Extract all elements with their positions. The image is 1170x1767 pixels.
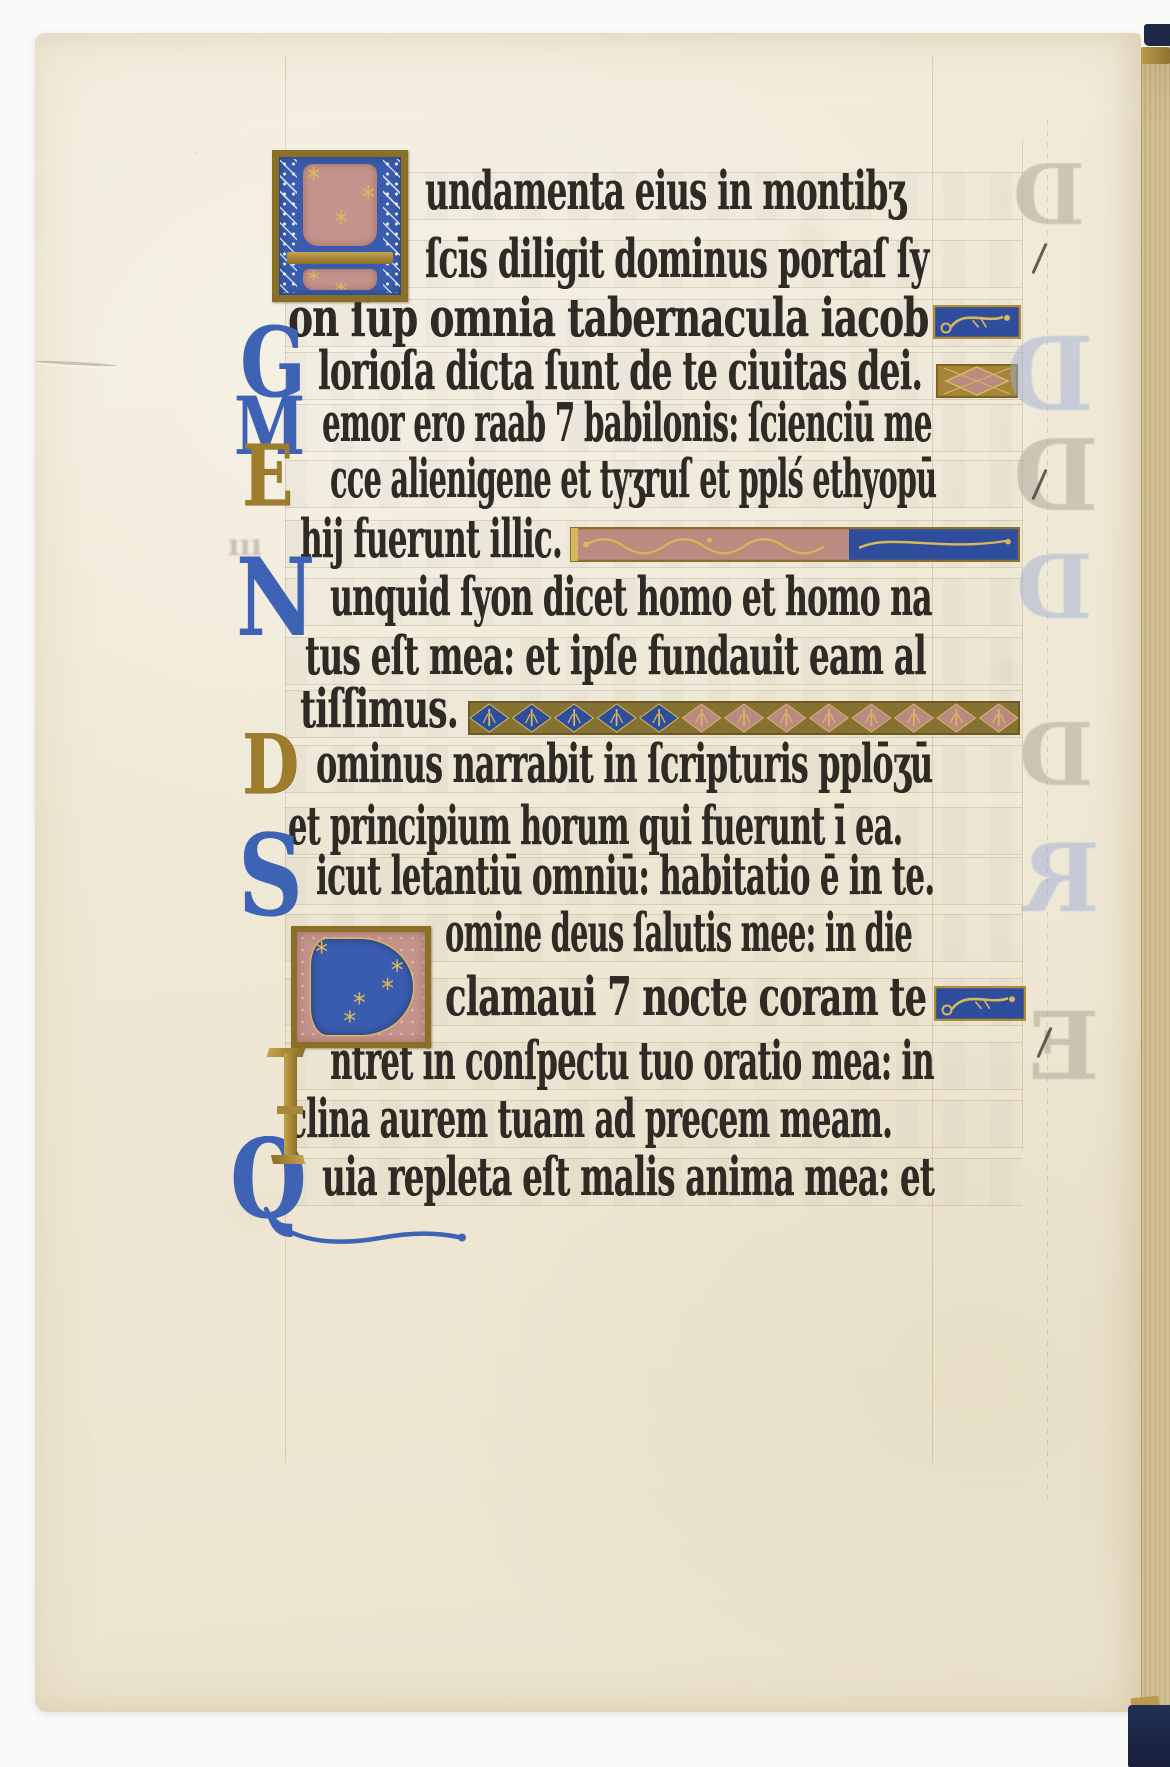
psalm-text-line: emor ero raab 7 babilonis: ſcienciū me bbox=[322, 396, 932, 449]
psalm-text-line: clamaui 7 nocte coram te bbox=[445, 970, 926, 1023]
psalm-text-line: tus eſt mea: et ipſe fundauit eam al bbox=[305, 629, 926, 682]
gold-initial-i bbox=[268, 1048, 314, 1164]
binding-cover-corner-top bbox=[1144, 24, 1170, 46]
ghost-letter-d: D bbox=[1019, 713, 1093, 799]
psalm-text-line: lorioſa dicta ſunt de te ciuitas dei. bbox=[318, 344, 922, 397]
psalm-text-line: icut letantiū omniū: habitatio ē in te. bbox=[316, 849, 934, 902]
binding-cover-corner-bottom bbox=[1128, 1705, 1170, 1767]
ghost-letter-d: D bbox=[1006, 324, 1094, 425]
initial-f-rose-panel bbox=[303, 269, 377, 290]
ghost-letter-r: R bbox=[1022, 833, 1100, 927]
psalm-text-line: omine deus ſalutis mee: in die bbox=[445, 906, 912, 959]
ghost-letter-e: E bbox=[1028, 1001, 1099, 1095]
ghost-letter-d: D bbox=[1016, 543, 1093, 631]
initial-f-crossbar bbox=[287, 252, 393, 264]
initial-i-foot bbox=[271, 1155, 305, 1164]
line-filler-duo-dragon-bar bbox=[570, 527, 1020, 562]
initial-d-letterbody bbox=[311, 939, 413, 1035]
psalm-text-line: hij fuerunt illic. bbox=[300, 512, 562, 565]
initial-f-border-pattern bbox=[280, 159, 297, 293]
line-filler-fleur-diamond-bar bbox=[468, 700, 1020, 736]
psalm-text-line: ominus narrabit in ſcripturis pplōʒū bbox=[316, 737, 932, 790]
line-filler-bird-bar bbox=[934, 986, 1026, 1021]
ghost-letter-d: D bbox=[1013, 427, 1099, 526]
ghost-letter-d: D bbox=[1013, 154, 1085, 237]
psalm-text-line: undamenta eius in montibʒ bbox=[425, 164, 905, 217]
psalm-text-line: ſcīs diligit dominus portaſ ſy bbox=[425, 232, 928, 285]
versal-initial-e: E bbox=[242, 434, 293, 518]
illuminated-initial-d bbox=[291, 926, 431, 1048]
gilt-edge-top bbox=[1141, 47, 1170, 64]
psalm-text-line: uia repleta eſt malis anima mea: et bbox=[322, 1150, 934, 1203]
illuminated-initial-f bbox=[272, 150, 408, 302]
psalm-text-line: clina aurem tuam ad precem meam. bbox=[288, 1092, 892, 1145]
q-tail-flourish bbox=[250, 1203, 482, 1253]
margin-show-through: ııı bbox=[228, 528, 262, 563]
psalm-text-line: unquid ſyon dicet homo et homo na bbox=[330, 570, 932, 623]
initial-f-border-pattern bbox=[383, 159, 400, 293]
initial-i-knob bbox=[277, 1106, 303, 1114]
psalm-text-line: cce alienigene et tyʒruſ et pplś ethyopū bbox=[330, 452, 936, 505]
psalm-text-line: tiſſimus. bbox=[300, 682, 458, 735]
initial-f-rose-panel bbox=[303, 164, 377, 246]
photographed-manuscript: undamenta eius in montibʒſcīs diligit do… bbox=[0, 0, 1170, 1767]
book-fore-edge bbox=[1141, 60, 1170, 1712]
